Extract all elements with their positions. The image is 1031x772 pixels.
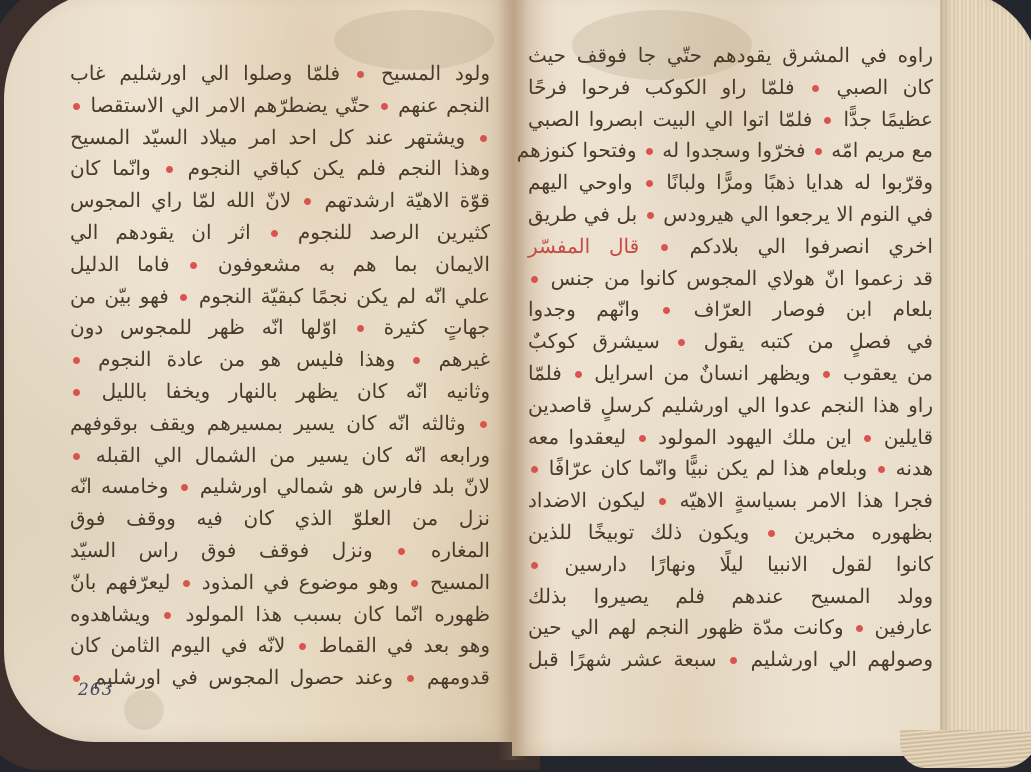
page-fore-edge-corner (900, 730, 1031, 768)
text-line-body: في النوم الا يرجعوا الي هيرودس بل في طري… (528, 202, 933, 226)
text-line-body: كان الصبي فلمّا راو الكوكب فرحوا فرحًا (528, 75, 933, 99)
text-line: قايلين اين ملك اليهود المولود ليعقدوا مع… (528, 422, 933, 454)
verse-separator-dot (531, 466, 538, 473)
verse-separator-dot (646, 180, 653, 187)
text-line-body: من يعقوب ويظهر انسانٌ من اسرايل فلمّا (528, 361, 933, 385)
text-line: في فصلٍ من كتبه يقول سيشرق كوكبٌ (528, 326, 933, 358)
text-line-body: وقرّبوا له هدايا ذهبًا ومرًّا ولبانًا وا… (528, 170, 933, 194)
text-line: قد زعموا انّ هولاي المجوس كانوا من جنس (528, 263, 933, 295)
text-line: راوه في المشرق يقودهم حتّي جا فوقف حيث (528, 40, 933, 72)
text-line: قدومهم وعند حصول المجوس في اورشليم (70, 662, 490, 694)
verse-separator-dot (407, 675, 414, 682)
verse-separator-dot (164, 612, 171, 619)
verse-separator-dot (730, 657, 737, 664)
verse-separator-dot (73, 453, 80, 460)
verse-separator-dot (73, 389, 80, 396)
verse-separator-dot (398, 548, 405, 555)
text-line: من يعقوب ويظهر انسانٌ من اسرايل فلمّا (528, 358, 933, 390)
verse-separator-dot (304, 198, 311, 205)
text-line-body: بلعام ابن فوصار العرّاف وانّهم وجدوا (528, 297, 933, 321)
text-line: وثانيه انّه كان يظهر بالنهار ويخفا باللي… (70, 376, 490, 408)
text-line: مع مريم امّه فخرّوا وسجدوا له وفتحوا كنو… (528, 135, 933, 167)
text-line-body: عارفين وكانت مدّة ظهور النجم لهم الي حين (528, 615, 933, 639)
text-line-body: كانوا لقول الانبيا ليلًا ونهارًا دارسين (528, 552, 933, 576)
text-line-body: مع مريم امّه فخرّوا وسجدوا له وفتحوا كنو… (517, 138, 933, 162)
text-line: ويشتهر عند كل احد امر ميلاد السيّد المسي… (70, 122, 490, 154)
verse-separator-dot (183, 580, 190, 587)
text-line: وولد المسيح عندهم فلم يصيروا بذلك (528, 581, 933, 613)
verse-separator-dot (856, 625, 863, 632)
verse-separator-dot (878, 466, 885, 473)
verse-separator-dot (180, 294, 187, 301)
text-line: وهذا النجم فلم يكن كباقي النجوم وانّما ك… (70, 153, 490, 185)
text-line-body: عظيمًا جدًّا فلمّا اتوا الي البيت ابصروا… (528, 107, 933, 131)
text-line: وهو بعد في القماط لانّه في اليوم الثامن … (70, 630, 490, 662)
text-line-body: هدنه وبلعام هذا لم يكن نبيًّا وانّما كان… (528, 456, 933, 480)
verse-separator-dot (381, 103, 388, 110)
verse-separator-dot (639, 435, 646, 442)
verse-separator-dot (647, 212, 654, 219)
verse-separator-dot (411, 580, 418, 587)
text-line: كثيرين الرصد للنجوم اثر ان يقودهم الي (70, 217, 490, 249)
verse-separator-dot (413, 357, 420, 364)
text-line-body: قايلين اين ملك اليهود المولود ليعقدوا مع… (528, 425, 933, 449)
verse-separator-dot (661, 244, 668, 251)
text-line: فجرا هذا الامر بسياسةٍ الاهيّه ليكون الا… (528, 485, 933, 517)
paper-stain (124, 690, 164, 730)
text-line: الايمان بما هم به مشعوفون فاما الدليل (70, 249, 490, 281)
text-line: وقرّبوا له هدايا ذهبًا ومرًّا ولبانًا وا… (528, 167, 933, 199)
verse-separator-dot (646, 148, 653, 155)
verse-separator-dot (531, 276, 538, 283)
verse-separator-dot (864, 435, 871, 442)
text-line: عظيمًا جدًّا فلمّا اتوا الي البيت ابصروا… (528, 104, 933, 136)
verse-separator-dot (768, 530, 775, 537)
verse-separator-dot (663, 307, 670, 314)
verse-separator-dot (678, 339, 685, 346)
text-line: كانوا لقول الانبيا ليلًا ونهارًا دارسين (528, 549, 933, 581)
book-gutter (498, 0, 528, 760)
text-line: في النوم الا يرجعوا الي هيرودس بل في طري… (528, 199, 933, 231)
text-line: ولود المسيح فلمّا وصلوا الي اورشليم غاب (70, 58, 490, 90)
verse-separator-dot (531, 562, 538, 569)
text-line: نزل من العلوّ الذي كان فيه ووقف فوق (70, 503, 490, 535)
text-line: لانّ بلد فارس هو شمالي اورشليم وخامسه ان… (70, 471, 490, 503)
text-line: قوّة الاهيّة ارشدتهم لانّ الله لمّا راي … (70, 185, 490, 217)
manuscript-spread: ولود المسيح فلمّا وصلوا الي اورشليم غاب … (0, 0, 1031, 772)
verse-separator-dot (357, 71, 364, 78)
text-line: كان الصبي فلمّا راو الكوكب فرحوا فرحًا (528, 72, 933, 104)
text-line-body: وولد المسيح عندهم فلم يصيروا بذلك (528, 584, 933, 608)
right-page-text: راوه في المشرق يقودهم حتّي جا فوقف حيثكا… (528, 40, 933, 676)
text-line-body: بظهوره مخبرين ويكون ذلك توبيخًا للذين (528, 520, 933, 544)
verse-separator-dot (480, 135, 487, 142)
text-line: وثالثه انّه كان يسير بمسيرهم ويقف بوقوفه… (70, 408, 490, 440)
page-fore-edge (940, 0, 1031, 760)
text-line: جهاتٍ كثيرة اوّلها انّه ظهر للمجوس دون (70, 312, 490, 344)
text-line-body: راوه في المشرق يقودهم حتّي جا فوقف حيث (528, 43, 933, 67)
verse-separator-dot (659, 498, 666, 505)
text-line: بظهوره مخبرين ويكون ذلك توبيخًا للذين (528, 517, 933, 549)
text-line: عارفين وكانت مدّة ظهور النجم لهم الي حين (528, 612, 933, 644)
verse-separator-dot (181, 484, 188, 491)
verse-separator-dot (73, 103, 80, 110)
verse-separator-dot (824, 117, 831, 124)
verse-separator-dot (480, 421, 487, 428)
text-line: المسيح وهو موضوع في المذود ليعرّفهم بانّ (70, 567, 490, 599)
verse-separator-dot (575, 371, 582, 378)
text-line: ظهوره انّما كان بسبب هذا المولود ويشاهدو… (70, 599, 490, 631)
left-page-text: ولود المسيح فلمّا وصلوا الي اورشليم غاب … (70, 58, 490, 694)
verse-separator-dot (73, 357, 80, 364)
text-line: وصولهم الي اورشليم سبعة عشر شهرًا قبل (528, 644, 933, 676)
text-line: راو هذا النجم عدوا الي اورشليم كرسلٍ قاص… (528, 390, 933, 422)
text-line: ورابعه انّه كان يسير من الشمال الي القبل… (70, 440, 490, 472)
verse-separator-dot (357, 325, 364, 332)
text-line: اخري انصرفوا الي بلادكم قال المفسّر (528, 231, 933, 263)
text-line: هدنه وبلعام هذا لم يكن نبيًّا وانّما كان… (528, 453, 933, 485)
verse-separator-dot (812, 85, 819, 92)
text-line: علي انّه لم يكن نجمًا كبقيّة النجوم فهو … (70, 281, 490, 313)
verse-separator-dot (815, 148, 822, 155)
text-line-body: فجرا هذا الامر بسياسةٍ الاهيّه ليكون الا… (528, 488, 933, 512)
text-line-body: راو هذا النجم عدوا الي اورشليم كرسلٍ قاص… (528, 393, 933, 417)
text-line: المغاره ونزل فوقف فوق راس السيّد (70, 535, 490, 567)
folio-number: 263 (78, 680, 113, 700)
verse-separator-dot (299, 643, 306, 650)
text-line-body: في فصلٍ من كتبه يقول سيشرق كوكبٌ (528, 329, 933, 353)
verse-separator-dot (271, 230, 278, 237)
verse-separator-dot (190, 262, 197, 269)
text-line-body: اخري انصرفوا الي بلادكم (658, 234, 933, 258)
verse-separator-dot (823, 371, 830, 378)
verse-separator-dot (166, 166, 173, 173)
text-line: النجم عنهم حتّي يضطرّهم الامر الي الاستق… (70, 90, 490, 122)
text-line: بلعام ابن فوصار العرّاف وانّهم وجدوا (528, 294, 933, 326)
text-line: غيرهم وهذا فليس هو من عادة النجوم (70, 344, 490, 376)
rubric-heading: قال المفسّر (528, 234, 658, 258)
text-line-body: قد زعموا انّ هولاي المجوس كانوا من جنس (528, 266, 933, 290)
text-line-body: وصولهم الي اورشليم سبعة عشر شهرًا قبل (528, 647, 933, 671)
